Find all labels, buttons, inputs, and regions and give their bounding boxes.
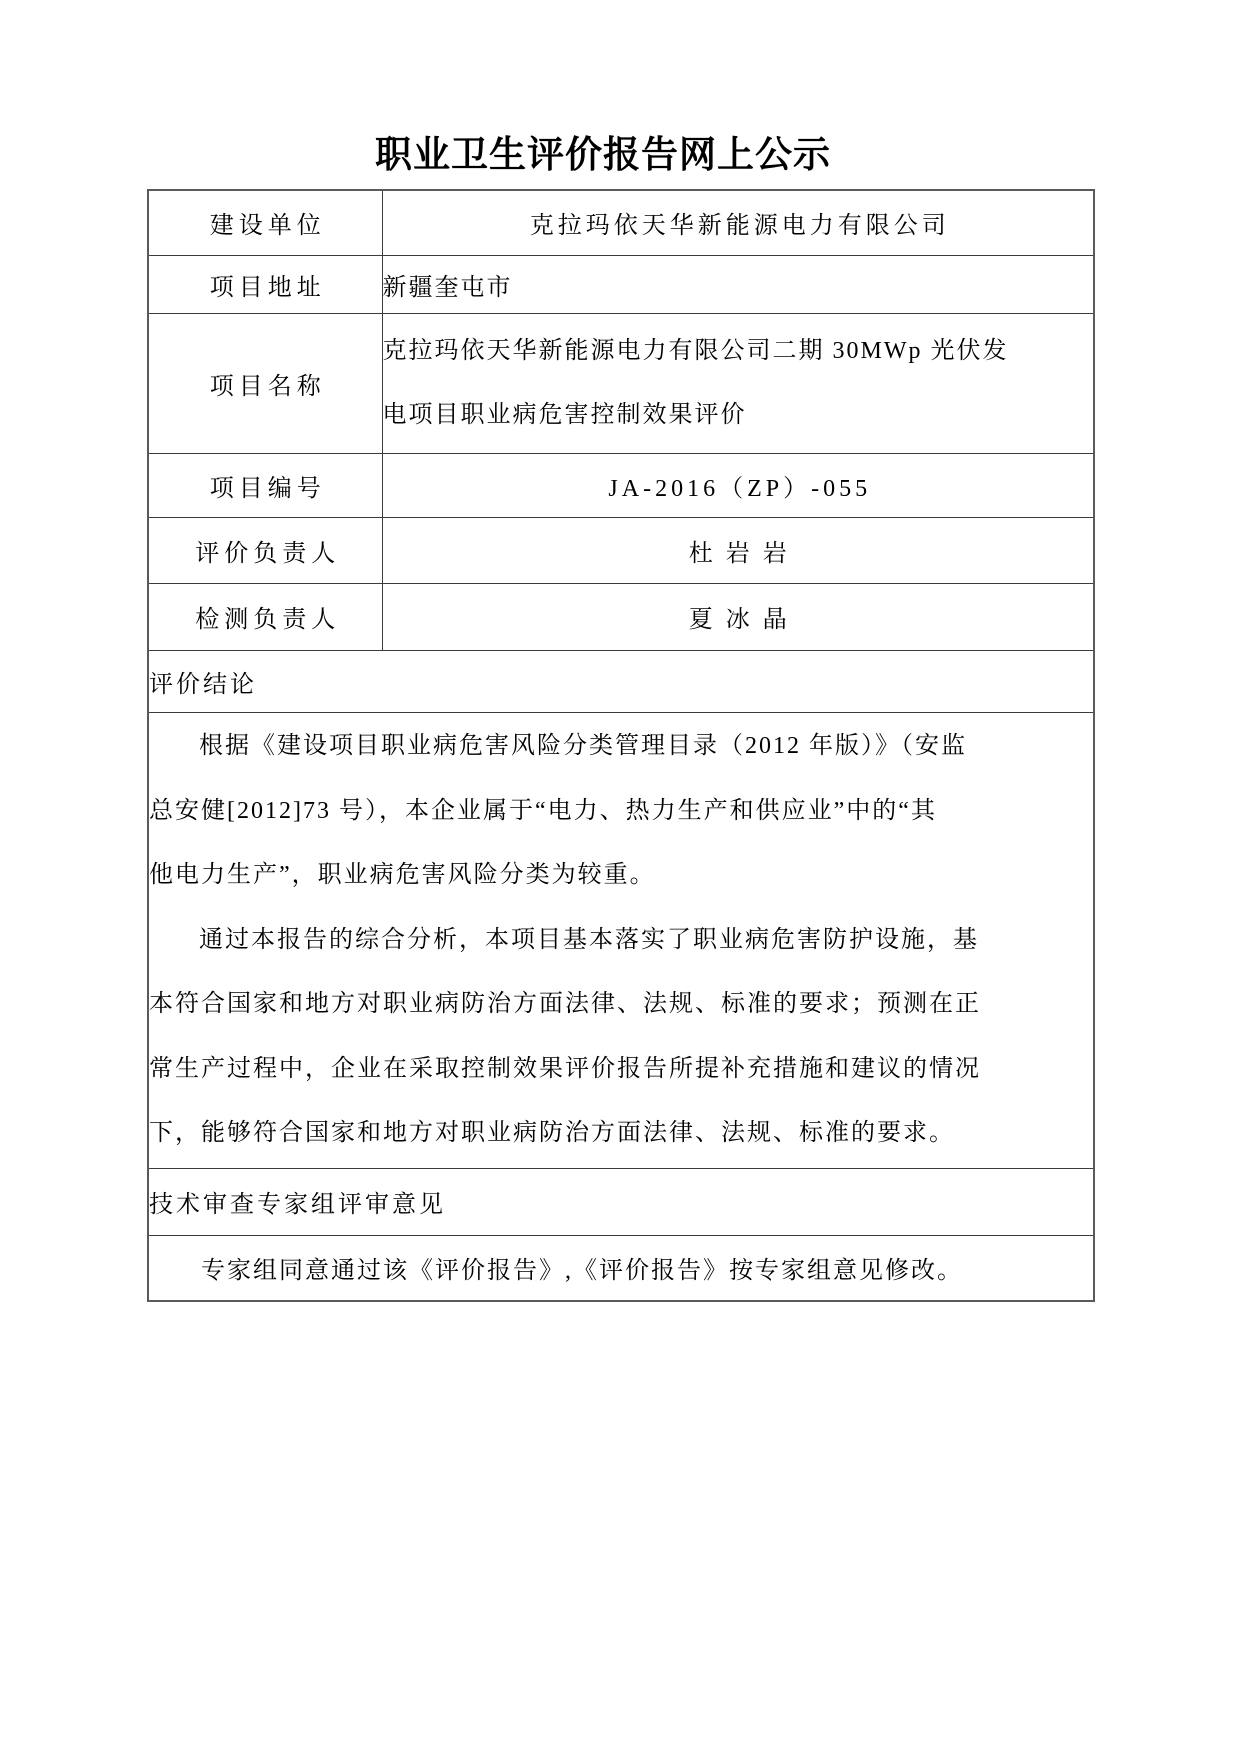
document-page: 职业卫生评价报告网上公示 建设单位 克拉玛依天华新能源电力有限公司 项目地址 新…: [0, 0, 1241, 1755]
value-project-name: 克拉玛依天华新能源电力有限公司二期 30MWp 光伏发 电项目职业病危害控制效果…: [382, 313, 1094, 453]
conclusion-paragraph-1: 根据《建设项目职业病危害风险分类管理目录（2012 年版）》（安监 总安健[20…: [149, 714, 1093, 908]
label-testing-leader: 检测负责人: [148, 583, 382, 650]
conclusion-body-cell: 根据《建设项目职业病危害风险分类管理目录（2012 年版）》（安监 总安健[20…: [148, 712, 1094, 1168]
expert-review-text: 专家组同意通过该《评价报告》,《评价报告》按专家组意见修改。: [148, 1235, 1094, 1301]
table-row-construction-unit: 建设单位 克拉玛依天华新能源电力有限公司: [148, 190, 1094, 255]
label-evaluation-leader: 评价负责人: [148, 517, 382, 583]
conclusion-paragraph-2: 通过本报告的综合分析，本项目基本落实了职业病危害防护设施，基 本符合国家和地方对…: [149, 908, 1093, 1166]
label-expert-review-opinion: 技术审查专家组评审意见: [148, 1168, 1094, 1235]
table-row-conclusion-header: 评价结论: [148, 650, 1094, 712]
table-row-project-address: 项目地址 新疆奎屯市: [148, 255, 1094, 313]
label-evaluation-conclusion: 评价结论: [148, 650, 1094, 712]
label-project-address: 项目地址: [148, 255, 382, 313]
label-construction-unit: 建设单位: [148, 190, 382, 255]
table-row-review-body: 专家组同意通过该《评价报告》,《评价报告》按专家组意见修改。: [148, 1235, 1094, 1301]
table-row-project-name: 项目名称 克拉玛依天华新能源电力有限公司二期 30MWp 光伏发 电项目职业病危…: [148, 313, 1094, 453]
label-project-name: 项目名称: [148, 313, 382, 453]
report-table: 建设单位 克拉玛依天华新能源电力有限公司 项目地址 新疆奎屯市 项目名称 克拉玛…: [147, 189, 1095, 1302]
page-title: 职业卫生评价报告网上公示: [130, 124, 1076, 178]
value-project-address: 新疆奎屯市: [382, 255, 1094, 313]
table-row-review-header: 技术审查专家组评审意见: [148, 1168, 1094, 1235]
value-construction-unit: 克拉玛依天华新能源电力有限公司: [382, 190, 1094, 255]
label-project-number: 项目编号: [148, 453, 382, 517]
table-row-evaluation-leader: 评价负责人 杜岩岩: [148, 517, 1094, 583]
value-testing-leader: 夏冰晶: [382, 583, 1094, 650]
value-project-number: JA-2016（ZP）-055: [382, 453, 1094, 517]
table-row-project-number: 项目编号 JA-2016（ZP）-055: [148, 453, 1094, 517]
table-row-conclusion-body: 根据《建设项目职业病危害风险分类管理目录（2012 年版）》（安监 总安健[20…: [148, 712, 1094, 1168]
table-row-testing-leader: 检测负责人 夏冰晶: [148, 583, 1094, 650]
value-evaluation-leader: 杜岩岩: [382, 517, 1094, 583]
